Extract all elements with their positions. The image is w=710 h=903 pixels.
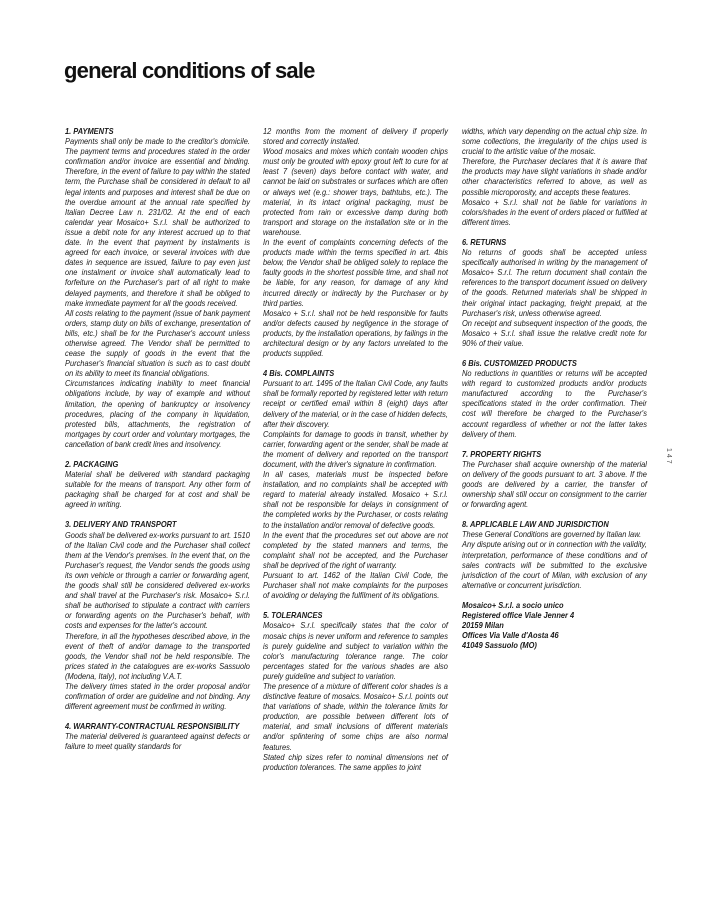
section-paragraph: On receipt and subsequent inspection of …: [462, 319, 647, 349]
section-paragraph: The material delivered is guaranteed aga…: [65, 732, 250, 752]
address-line: Mosaico+ S.r.l. a socio unico: [462, 601, 647, 611]
section: 6 Bis. CUSTOMIZED PRODUCTSNo reductions …: [462, 359, 647, 440]
section-paragraph: Therefore, in all the hypotheses describ…: [65, 632, 250, 682]
column-1: 1. PAYMENTSPayments shall only be made t…: [65, 127, 250, 763]
section-paragraph: Material shall be delivered with standar…: [65, 470, 250, 510]
section-heading: 1. PAYMENTS: [65, 127, 250, 137]
page-title: general conditions of sale: [64, 58, 315, 84]
address-line: Offices Via Valle d'Aosta 46: [462, 631, 647, 641]
section: 7. PROPERTY RIGHTSThe Purchaser shall ac…: [462, 450, 647, 511]
section-paragraph: No reductions in quantities or returns w…: [462, 369, 647, 440]
section-heading: 6. RETURNS: [462, 238, 647, 248]
section-paragraph: Mosaico+ S.r.l. specifically states that…: [263, 621, 448, 682]
address-line: 20159 Milan: [462, 621, 647, 631]
section-heading: 7. PROPERTY RIGHTS: [462, 450, 647, 460]
section-paragraph: In the event that the procedures set out…: [263, 531, 448, 571]
address-line: 41049 Sassuolo (MO): [462, 641, 647, 651]
address-line: Registered office Viale Jenner 4: [462, 611, 647, 621]
section-paragraph: The delivery times stated in the order p…: [65, 682, 250, 712]
section-paragraph: All costs relating to the payment (issue…: [65, 309, 250, 380]
section-paragraph: In all cases, materials must be inspecte…: [263, 470, 448, 531]
section: 5. TOLERANCESMosaico+ S.r.l. specificall…: [263, 611, 448, 773]
section-heading: 2. PACKAGING: [65, 460, 250, 470]
page-number: 147: [665, 448, 672, 466]
section: 8. APPLICABLE LAW AND JURISDICTIONThese …: [462, 520, 647, 591]
section-paragraph: Circumstances indicating inability to me…: [65, 379, 250, 450]
section-heading: 6 Bis. CUSTOMIZED PRODUCTS: [462, 359, 647, 369]
section-paragraph: 12 months from the moment of delivery if…: [263, 127, 448, 147]
section-paragraph: No returns of goods shall be accepted un…: [462, 248, 647, 319]
section-heading: 4. WARRANTY-CONTRACTUAL RESPONSIBILITY: [65, 722, 250, 732]
section-heading: 5. TOLERANCES: [263, 611, 448, 621]
section-paragraph: Pursuant to art. 1462 of the Italian Civ…: [263, 571, 448, 601]
section-paragraph: Wood mosaics and mixes which contain woo…: [263, 147, 448, 238]
section: 4. WARRANTY-CONTRACTUAL RESPONSIBILITYTh…: [65, 722, 250, 752]
column-2: 12 months from the moment of delivery if…: [263, 127, 448, 783]
section-paragraph: Stated chip sizes refer to nominal dimen…: [263, 753, 448, 773]
section-paragraph: These General Conditions are governed by…: [462, 530, 647, 540]
section-paragraph: Complaints for damage to goods in transi…: [263, 430, 448, 470]
section: 3. DELIVERY AND TRANSPORTGoods shall be …: [65, 520, 250, 712]
section: 1. PAYMENTSPayments shall only be made t…: [65, 127, 250, 450]
section-paragraph: Goods shall be delivered ex-works pursua…: [65, 531, 250, 632]
section-paragraph: Pursuant to art. 1495 of the Italian Civ…: [263, 379, 448, 429]
section: widths, which vary depending on the actu…: [462, 127, 647, 228]
section-heading: 4 Bis. COMPLAINTS: [263, 369, 448, 379]
section-paragraph: widths, which vary depending on the actu…: [462, 127, 647, 157]
section-paragraph: Payments shall only be made to the credi…: [65, 137, 250, 309]
section-paragraph: Therefore, the Purchaser declares that i…: [462, 157, 647, 197]
section: 2. PACKAGINGMaterial shall be delivered …: [65, 460, 250, 510]
section-paragraph: Mosaico + S.r.l. shall not be held respo…: [263, 309, 448, 359]
section-paragraph: The presence of a mixture of different c…: [263, 682, 448, 753]
section-paragraph: Mosaico + S.r.l. shall not be liable for…: [462, 198, 647, 228]
section-heading: 3. DELIVERY AND TRANSPORT: [65, 520, 250, 530]
section-paragraph: The Purchaser shall acquire ownership of…: [462, 460, 647, 510]
section-heading: 8. APPLICABLE LAW AND JURISDICTION: [462, 520, 647, 530]
column-3: widths, which vary depending on the actu…: [462, 127, 647, 651]
section: 4 Bis. COMPLAINTSPursuant to art. 1495 o…: [263, 369, 448, 601]
section: 6. RETURNSNo returns of goods shall be a…: [462, 238, 647, 349]
company-address: Mosaico+ S.r.l. a socio unicoRegistered …: [462, 601, 647, 651]
section: 12 months from the moment of delivery if…: [263, 127, 448, 359]
section-paragraph: Any dispute arising out or in connection…: [462, 540, 647, 590]
section-paragraph: In the event of complaints concerning de…: [263, 238, 448, 309]
